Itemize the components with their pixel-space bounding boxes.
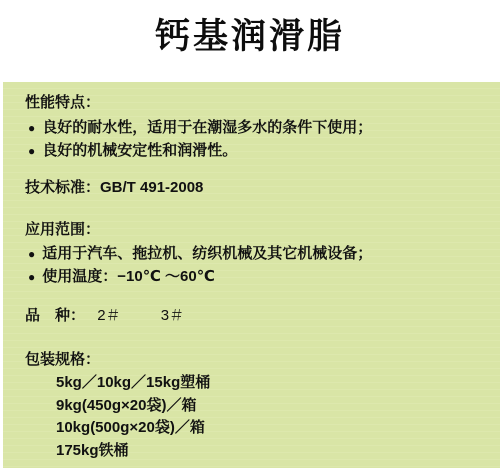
variety-line: 品 种： 2＃ 3＃ [25, 308, 490, 324]
performance-heading: 性能特点： [25, 95, 490, 111]
packaging-item-4: 175kg铁桶 [56, 443, 490, 459]
packaging-item-2: 9kg(450g×20袋)／箱 [56, 398, 490, 414]
bullet-icon: ● [28, 269, 35, 285]
technical-standard-value: GB/T 491-2008 [100, 179, 203, 196]
product-spec-sheet: 钙基润滑脂 性能特点： ● 良好的耐水性，适用于在潮湿多水的条件下使用； ● 良… [0, 0, 500, 468]
technical-standard-line: 技术标准：GB/T 491-2008 [25, 180, 490, 196]
application-bullet-1: ● 适用于汽车、拖拉机、纺织机械及其它机械设备； [25, 246, 490, 262]
application-bullet-2-text: 使用温度：−10℃ ～60℃ [42, 269, 215, 285]
title-bar: 钙基润滑脂 [0, 0, 500, 82]
page-title: 钙基润滑脂 [155, 9, 345, 59]
bullet-icon: ● [28, 246, 35, 262]
performance-bullet-1-text: 良好的耐水性，适用于在潮湿多水的条件下使用； [42, 120, 372, 136]
application-bullet-1-text: 适用于汽车、拖拉机、纺织机械及其它机械设备； [42, 246, 372, 262]
technical-standard-label: 技术标准： [25, 179, 100, 196]
variety-label: 品 种： [25, 307, 85, 324]
performance-bullet-1: ● 良好的耐水性，适用于在潮湿多水的条件下使用； [25, 120, 490, 136]
variety-option-2: 2＃ [97, 307, 120, 324]
packaging-item-1: 5kg／10kg／15kg塑桶 [56, 375, 490, 391]
variety-option-3: 3＃ [161, 307, 184, 324]
bullet-icon: ● [28, 120, 35, 136]
performance-bullet-2: ● 良好的机械安定性和润滑性。 [25, 143, 490, 159]
bullet-icon: ● [28, 143, 35, 159]
spec-panel: 性能特点： ● 良好的耐水性，适用于在潮湿多水的条件下使用； ● 良好的机械安定… [3, 82, 500, 468]
packaging-heading: 包装规格： [25, 352, 490, 368]
performance-bullet-2-text: 良好的机械安定性和润滑性。 [42, 143, 237, 159]
application-bullet-2: ● 使用温度：−10℃ ～60℃ [25, 269, 490, 285]
packaging-item-3: 10kg(500g×20袋)／箱 [56, 420, 490, 436]
application-heading: 应用范围： [25, 222, 490, 238]
